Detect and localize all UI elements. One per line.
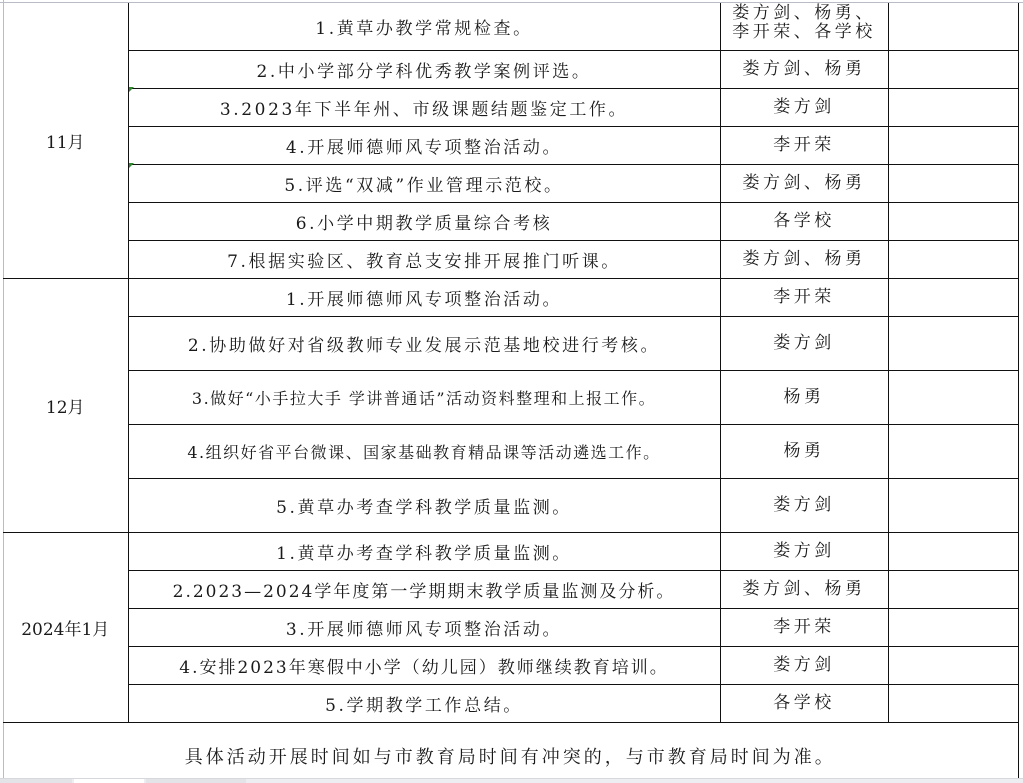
owner-cell[interactable]: 娄方剑、杨勇 — [720, 164, 888, 202]
spreadsheet-sheet: 11月 1.黄草办教学常规检查。 娄方剑、杨勇、李开荣、各学校 2.中小学部分学… — [0, 0, 1023, 778]
sheet-tab[interactable] — [146, 779, 246, 783]
task-cell[interactable]: 7.根据实验区、教育总支安排开展推门听课。 — [128, 240, 720, 278]
task-cell[interactable]: 1.开展师德师风专项整治活动。 — [128, 278, 720, 316]
table-row: 3.开展师德师风专项整治活动。 李开荣 — [3, 608, 1018, 646]
task-cell[interactable]: 3.做好“小手拉大手 学讲普通话”活动资料整理和上报工作。 — [128, 370, 720, 424]
table-row: 6.小学中期教学质量综合考核 各学校 — [3, 202, 1018, 240]
month-cell-november[interactable]: 11月 — [3, 3, 128, 278]
sheet-tab-bar — [0, 778, 1023, 783]
task-cell[interactable]: 1.黄草办考查学科教学质量监测。 — [128, 532, 720, 570]
task-cell[interactable]: 2.协助做好对省级教师专业发展示范基地校进行考核。 — [128, 316, 720, 370]
sheet-tab[interactable] — [0, 779, 72, 783]
table-row: 7.根据实验区、教育总支安排开展推门听课。 娄方剑、杨勇 — [3, 240, 1018, 278]
task-cell[interactable]: 4.组织好省平台微课、国家基础教育精品课等活动遴选工作。 — [128, 424, 720, 478]
owner-cell[interactable]: 娄方剑 — [720, 316, 888, 370]
note-cell[interactable]: 具体活动开展时间如与市教育局时间有冲突的，与市教育局时间为准。 — [3, 722, 1018, 778]
table-row: 2.2023—2024学年度第一学期期末教学质量监测及分析。 娄方剑、杨勇 — [3, 570, 1018, 608]
remark-cell[interactable] — [888, 608, 1018, 646]
work-plan-table: 11月 1.黄草办教学常规检查。 娄方剑、杨勇、李开荣、各学校 2.中小学部分学… — [3, 3, 1019, 778]
note-row: 具体活动开展时间如与市教育局时间有冲突的，与市教育局时间为准。 — [3, 722, 1018, 778]
table-row: 4.安排2023年寒假中小学（幼儿园）教师继续教育培训。 娄方剑 — [3, 646, 1018, 684]
remark-cell[interactable] — [888, 424, 1018, 478]
month-cell-january-2024[interactable]: 2024年1月 — [3, 532, 128, 722]
task-cell[interactable]: 3.开展师德师风专项整治活动。 — [128, 608, 720, 646]
task-cell[interactable]: 4.安排2023年寒假中小学（幼儿园）教师继续教育培训。 — [128, 646, 720, 684]
task-cell[interactable]: 2.2023—2024学年度第一学期期末教学质量监测及分析。 — [128, 570, 720, 608]
table-row: 12月 1.开展师德师风专项整治活动。 李开荣 — [3, 278, 1018, 316]
remark-cell[interactable] — [888, 646, 1018, 684]
month-cell-december[interactable]: 12月 — [3, 278, 128, 532]
remark-cell[interactable] — [888, 50, 1018, 88]
remark-cell[interactable] — [888, 240, 1018, 278]
remark-cell[interactable] — [888, 478, 1018, 532]
owner-cell[interactable]: 杨勇 — [720, 370, 888, 424]
task-cell[interactable]: 1.黄草办教学常规检查。 — [128, 3, 720, 50]
owner-cell[interactable]: 娄方剑、杨勇、李开荣、各学校 — [720, 3, 888, 50]
comment-marker-icon — [129, 163, 134, 168]
owner-cell[interactable]: 李开荣 — [720, 126, 888, 164]
table-row: 4.开展师德师风专项整治活动。 李开荣 — [3, 126, 1018, 164]
table-row: 5.学期教学工作总结。 各学校 — [3, 684, 1018, 722]
owner-cell[interactable]: 娄方剑 — [720, 646, 888, 684]
table-row: 5.黄草办考查学科教学质量监测。 娄方剑 — [3, 478, 1018, 532]
task-cell[interactable]: 2.中小学部分学科优秀教学案例评选。 — [128, 50, 720, 88]
table-row: 2.协助做好对省级教师专业发展示范基地校进行考核。 娄方剑 — [3, 316, 1018, 370]
remark-cell[interactable] — [888, 570, 1018, 608]
table-row: 4.组织好省平台微课、国家基础教育精品课等活动遴选工作。 杨勇 — [3, 424, 1018, 478]
owner-cell[interactable]: 娄方剑、杨勇 — [720, 240, 888, 278]
owner-cell[interactable]: 娄方剑、杨勇 — [720, 50, 888, 88]
owner-cell[interactable]: 各学校 — [720, 684, 888, 722]
table-row: 2.中小学部分学科优秀教学案例评选。 娄方剑、杨勇 — [3, 50, 1018, 88]
remark-cell[interactable] — [888, 164, 1018, 202]
table-row: 3.做好“小手拉大手 学讲普通话”活动资料整理和上报工作。 杨勇 — [3, 370, 1018, 424]
owner-cell[interactable]: 娄方剑、杨勇 — [720, 570, 888, 608]
task-cell[interactable]: 6.小学中期教学质量综合考核 — [128, 202, 720, 240]
owner-cell[interactable]: 娄方剑 — [720, 478, 888, 532]
owner-cell[interactable]: 娄方剑 — [720, 532, 888, 570]
owner-cell[interactable]: 杨勇 — [720, 424, 888, 478]
task-cell[interactable]: 5.黄草办考查学科教学质量监测。 — [128, 478, 720, 532]
task-cell[interactable]: 4.开展师德师风专项整治活动。 — [128, 126, 720, 164]
remark-cell[interactable] — [888, 370, 1018, 424]
remark-cell[interactable] — [888, 3, 1018, 50]
table-row: 3.2023年下半年州、市级课题结题鉴定工作。 娄方剑 — [3, 88, 1018, 126]
owner-cell[interactable]: 各学校 — [720, 202, 888, 240]
task-cell[interactable]: 5.评选“双减”作业管理示范校。 — [128, 164, 720, 202]
owner-cell[interactable]: 李开荣 — [720, 608, 888, 646]
table-row: 2024年1月 1.黄草办考查学科教学质量监测。 娄方剑 — [3, 532, 1018, 570]
remark-cell[interactable] — [888, 126, 1018, 164]
remark-cell[interactable] — [888, 278, 1018, 316]
owner-cell[interactable]: 娄方剑 — [720, 88, 888, 126]
sheet-tab-active[interactable] — [74, 779, 144, 783]
remark-cell[interactable] — [888, 202, 1018, 240]
task-cell[interactable]: 3.2023年下半年州、市级课题结题鉴定工作。 — [128, 88, 720, 126]
owner-cell[interactable]: 李开荣 — [720, 278, 888, 316]
table-row: 11月 1.黄草办教学常规检查。 娄方剑、杨勇、李开荣、各学校 — [3, 3, 1018, 50]
remark-cell[interactable] — [888, 88, 1018, 126]
remark-cell[interactable] — [888, 684, 1018, 722]
remark-cell[interactable] — [888, 316, 1018, 370]
task-cell[interactable]: 5.学期教学工作总结。 — [128, 684, 720, 722]
remark-cell[interactable] — [888, 532, 1018, 570]
comment-marker-icon — [129, 87, 134, 92]
table-row: 5.评选“双减”作业管理示范校。 娄方剑、杨勇 — [3, 164, 1018, 202]
